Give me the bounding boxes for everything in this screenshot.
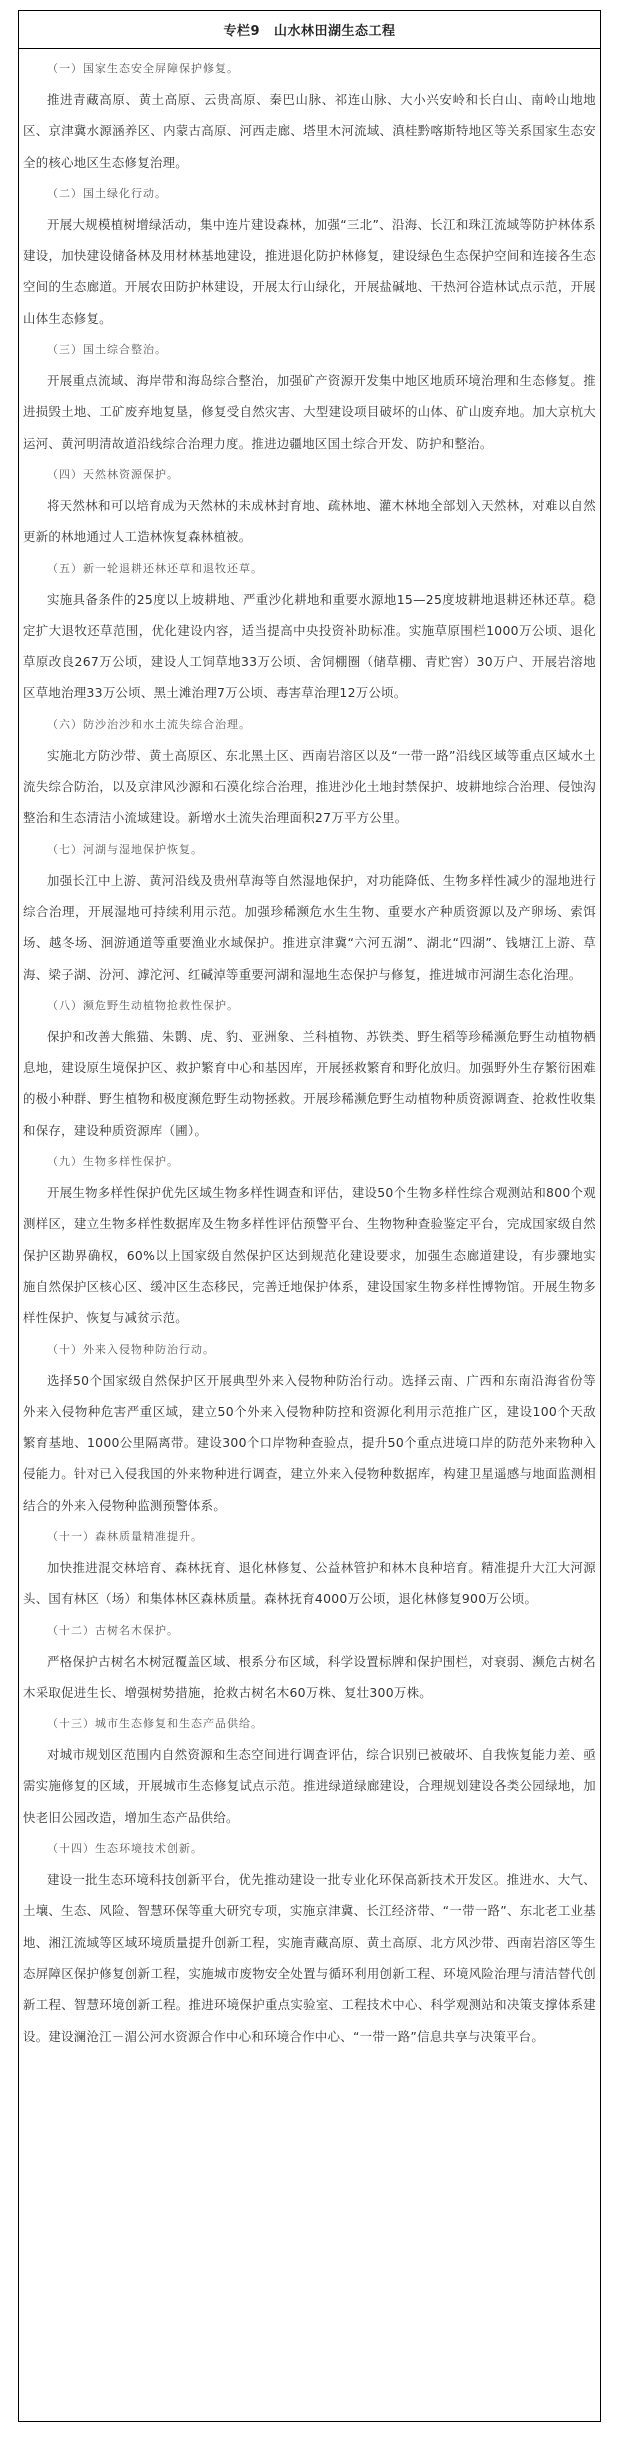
section: （四）天然林资源保护。 将天然林和可以培育成为天然林的未成林封育地、疏林地、灌木…	[23, 459, 596, 553]
section-title: （三）国土综合整治。	[23, 334, 596, 365]
section-title: （八）濒危野生动植物抢救性保护。	[23, 990, 596, 1021]
section: （十四）生态环境技术创新。 建设一批生态环境科技创新平台，优先推动建设一批专业化…	[23, 1833, 596, 2052]
section: （六）防沙治沙和水土流失综合治理。 实施北方防沙带、黄土高原区、东北黑土区、西南…	[23, 709, 596, 834]
section: （一）国家生态安全屏障保护修复。 推进青藏高原、黄土高原、云贵高原、秦巴山脉、祁…	[23, 53, 596, 178]
section-title: （十四）生态环境技术创新。	[23, 1833, 596, 1864]
panel-body: （一）国家生态安全屏障保护修复。 推进青藏高原、黄土高原、云贵高原、秦巴山脉、祁…	[19, 49, 600, 2052]
section-text: 实施北方防沙带、黄土高原区、东北黑土区、西南岩溶区以及“一带一路”沿线区域等重点…	[23, 740, 596, 834]
section-text: 加强长江中上游、黄河沿线及贵州草海等自然湿地保护，对功能降低、生物多样性减少的湿…	[23, 865, 596, 990]
column-panel: 专栏9 山水林田湖生态工程 （一）国家生态安全屏障保护修复。 推进青藏高原、黄土…	[18, 10, 601, 2422]
section-title: （九）生物多样性保护。	[23, 1146, 596, 1177]
panel-label: 专栏9	[223, 20, 260, 39]
panel-title: 山水林田湖生态工程	[274, 20, 396, 39]
section-text: 对城市规划区范围内自然资源和生态空间进行调查评估，综合识别已被破坏、自我恢复能力…	[23, 1739, 596, 1833]
panel-header: 专栏9 山水林田湖生态工程	[19, 11, 600, 49]
section: （八）濒危野生动植物抢救性保护。 保护和改善大熊猫、朱鹮、虎、豹、亚洲象、兰科植…	[23, 990, 596, 1146]
section-text: 将天然林和可以培育成为天然林的未成林封育地、疏林地、灌木林地全部划入天然林，对难…	[23, 490, 596, 553]
section-title: （十三）城市生态修复和生态产品供给。	[23, 1708, 596, 1739]
section: （十三）城市生态修复和生态产品供给。 对城市规划区范围内自然资源和生态空间进行调…	[23, 1708, 596, 1833]
section-text: 加快推进混交林培育、森林抚育、退化林修复、公益林管护和林木良种培育。精准提升大江…	[23, 1552, 596, 1615]
section-text: 保护和改善大熊猫、朱鹮、虎、豹、亚洲象、兰科植物、苏铁类、野生稻等珍稀濒危野生动…	[23, 1021, 596, 1146]
section-title: （十）外来入侵物种防治行动。	[23, 1334, 596, 1365]
section-title: （一）国家生态安全屏障保护修复。	[23, 53, 596, 84]
section-title: （七）河湖与湿地保护恢复。	[23, 834, 596, 865]
section-title: （六）防沙治沙和水土流失综合治理。	[23, 709, 596, 740]
section-title: （二）国土绿化行动。	[23, 178, 596, 209]
section-text: 建设一批生态环境科技创新平台，优先推动建设一批专业化环保高新技术开发区。推进水、…	[23, 1864, 596, 2052]
section-text: 实施具备条件的25度以上坡耕地、严重沙化耕地和重要水源地15—25度坡耕地退耕还…	[23, 584, 596, 709]
section-title: （五）新一轮退耕还林还草和退牧还草。	[23, 553, 596, 584]
section: （三）国土综合整治。 开展重点流域、海岸带和海岛综合整治，加强矿产资源开发集中地…	[23, 334, 596, 459]
section: （五）新一轮退耕还林还草和退牧还草。 实施具备条件的25度以上坡耕地、严重沙化耕…	[23, 553, 596, 709]
section-title: （四）天然林资源保护。	[23, 459, 596, 490]
section-title: （十一）森林质量精准提升。	[23, 1521, 596, 1552]
section: （二）国土绿化行动。 开展大规模植树增绿活动，集中连片建设森林，加强“三北”、沿…	[23, 178, 596, 334]
section: （十一）森林质量精准提升。 加快推进混交林培育、森林抚育、退化林修复、公益林管护…	[23, 1521, 596, 1615]
section: （十二）古树名木保护。 严格保护古树名木树冠覆盖区域、根系分布区域，科学设置标牌…	[23, 1615, 596, 1709]
section-title: （十二）古树名木保护。	[23, 1615, 596, 1646]
section-text: 严格保护古树名木树冠覆盖区域、根系分布区域，科学设置标牌和保护围栏，对衰弱、濒危…	[23, 1646, 596, 1709]
section-text: 选择50个国家级自然保护区开展典型外来入侵物种防治行动。选择云南、广西和东南沿海…	[23, 1365, 596, 1521]
section: （七）河湖与湿地保护恢复。 加强长江中上游、黄河沿线及贵州草海等自然湿地保护，对…	[23, 834, 596, 990]
section-text: 开展重点流域、海岸带和海岛综合整治，加强矿产资源开发集中地区地质环境治理和生态修…	[23, 365, 596, 459]
section: （九）生物多样性保护。 开展生物多样性保护优先区域生物多样性调查和评估，建设50…	[23, 1146, 596, 1333]
section-text: 推进青藏高原、黄土高原、云贵高原、秦巴山脉、祁连山脉、大小兴安岭和长白山、南岭山…	[23, 84, 596, 178]
section-text: 开展生物多样性保护优先区域生物多样性调查和评估，建设50个生物多样性综合观测站和…	[23, 1177, 596, 1333]
section-text: 开展大规模植树增绿活动，集中连片建设森林，加强“三北”、沿海、长江和珠江流域等防…	[23, 209, 596, 334]
section: （十）外来入侵物种防治行动。 选择50个国家级自然保护区开展典型外来入侵物种防治…	[23, 1334, 596, 1521]
